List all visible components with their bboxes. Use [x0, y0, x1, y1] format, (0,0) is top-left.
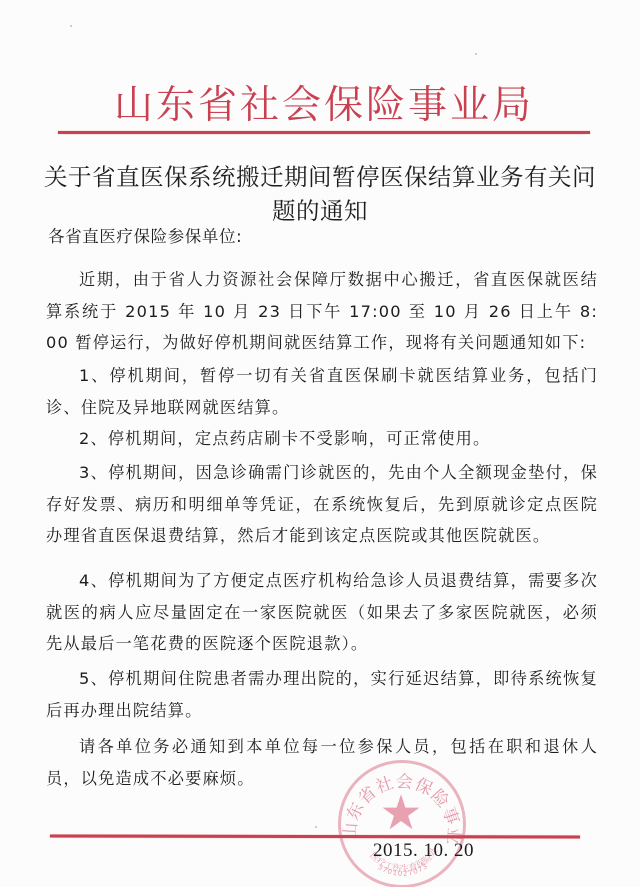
item-1-paragraph: 1、停机期间，暂停一切有关省直医保刷卡就医结算业务，包括门诊、住院及异地联网就医…: [46, 360, 598, 423]
salutation: 各省直医疗保险参保单位:: [48, 221, 596, 253]
document-title-line-1: 关于省直医保系统搬迁期间暂停医保结算业务有关问: [0, 160, 640, 194]
document-title: 关于省直医保系统搬迁期间暂停医保结算业务有关问 题的通知: [0, 160, 640, 228]
closing-paragraph: 请各单位务必通知到本单位每一位参保人员，包括在职和退休人员，以免造成不必要麻烦。: [46, 731, 598, 794]
masthead-red-rule: [58, 131, 590, 134]
footer-red-rule: [50, 835, 580, 839]
scan-speck: [70, 25, 72, 27]
issue-date: 2015. 10. 20: [373, 840, 474, 862]
item-3-paragraph: 3、停机期间，因急诊确需门诊就医的，先由个人全额现金垫付，保存好发票、病历和明细…: [46, 457, 598, 552]
scan-speck: [315, 826, 317, 828]
item-2-paragraph: 2、停机期间，定点药店刷卡不受影响，可正常使用。: [46, 423, 598, 455]
star-icon: ★: [377, 789, 425, 837]
item-4-paragraph: 4、停机期间为了方便定点医疗机构给急诊人员退费结算，需要多次就医的病人应尽量固定…: [46, 565, 598, 660]
organization-masthead: 山东省社会保险事业局: [0, 84, 640, 128]
official-seal: 山东省社会保险事业局 医疗工伤生育保险处 3701027073 ★: [338, 760, 466, 887]
item-5-paragraph: 5、停机期间住院患者需办理出院的，实行延迟结算，即待系统恢复后再办理出院结算。: [46, 663, 598, 726]
intro-paragraph: 近期，由于省人力资源社会保障厅数据中心搬迁，省直医保就医结算系统于 2015 年…: [46, 264, 598, 359]
document-page: 山东省社会保险事业局 关于省直医保系统搬迁期间暂停医保结算业务有关问 题的通知 …: [0, 0, 640, 887]
scan-speck: [475, 53, 477, 55]
